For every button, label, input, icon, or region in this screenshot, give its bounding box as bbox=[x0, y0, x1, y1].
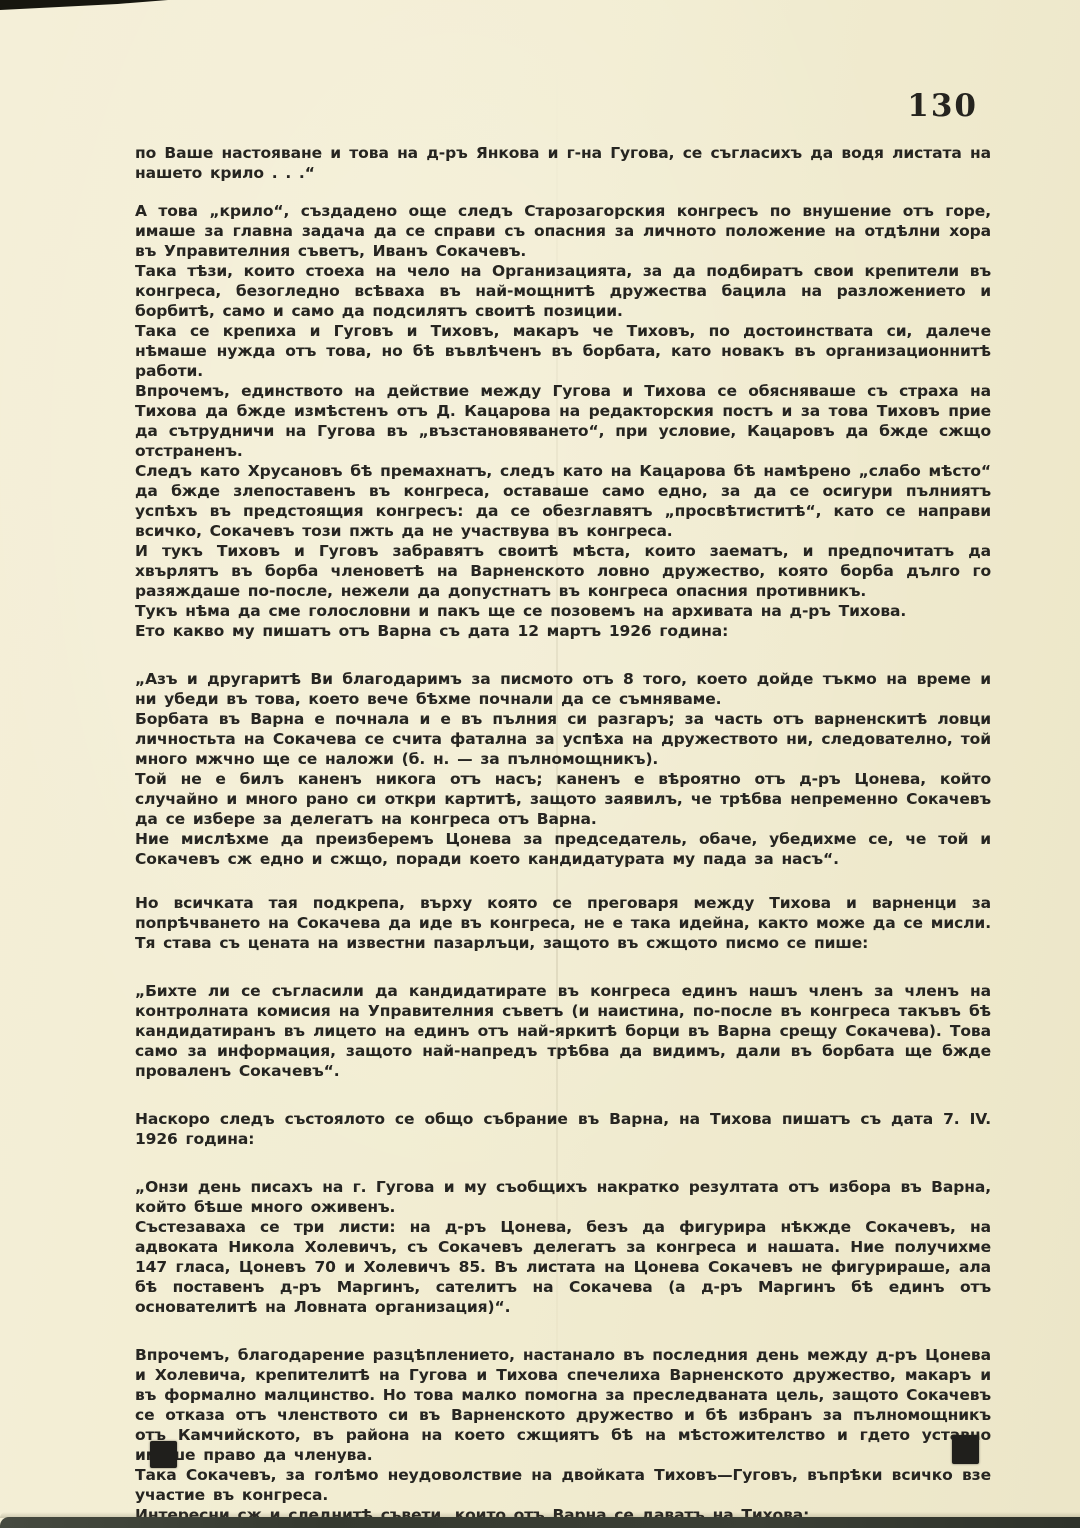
body-paragraph: Така се крепиха и Гуговъ и Тиховъ, макар… bbox=[135, 321, 991, 381]
body-paragraph: Впрочемъ, благодарение разцѣплението, на… bbox=[135, 1345, 991, 1465]
body-paragraph: Впрочемъ, единството на действие между Г… bbox=[135, 381, 991, 461]
body-paragraph: И тукъ Тиховъ и Гуговъ забравятъ своитѣ … bbox=[135, 541, 991, 601]
letter-quote-paragraph: Той не е билъ каненъ никога отъ насъ; ка… bbox=[135, 769, 991, 829]
scanned-book-page: 130 по Ваше настояване и това на д-ръ Ян… bbox=[0, 0, 1080, 1528]
letter-quote-paragraph: Състезаваха се три листи: на д-ръ Цонева… bbox=[135, 1217, 991, 1317]
registration-mark-right bbox=[952, 1435, 979, 1464]
body-paragraph: Ето какво му пишатъ отъ Варна съ дата 12… bbox=[135, 621, 991, 641]
registration-mark-left bbox=[150, 1441, 177, 1468]
scan-bottom-edge bbox=[0, 1517, 1080, 1528]
body-paragraph: Тукъ нѣма да сме голословни и пакъ ще се… bbox=[135, 601, 991, 621]
letter-quote-paragraph: „Бихте ли се съгласили да кандидатирате … bbox=[135, 981, 991, 1081]
body-paragraph: Наскоро следъ състоялото се общо събрани… bbox=[135, 1109, 991, 1149]
letter-quote-paragraph: „Онзи день писахъ на г. Гугова и му съоб… bbox=[135, 1177, 991, 1217]
text-block: по Ваше настояване и това на д-ръ Янкова… bbox=[135, 143, 991, 1525]
opening-quote-continuation: по Ваше настояване и това на д-ръ Янкова… bbox=[135, 143, 991, 183]
letter-quote-paragraph: Ние мислѣхме да преизберемъ Цонева за пр… bbox=[135, 829, 991, 869]
body-paragraph: Но всичката тая подкрепа, върху която се… bbox=[135, 893, 991, 953]
letter-quote-paragraph: Борбата въ Варна е почнала и е въ пълния… bbox=[135, 709, 991, 769]
page-number: 130 bbox=[907, 88, 978, 124]
scan-top-edge-artifact bbox=[0, 0, 168, 10]
body-paragraph: Така тѣзи, които стоеха на чело на Орган… bbox=[135, 261, 991, 321]
body-paragraph: А това „крило“, създадено още следъ Стар… bbox=[135, 201, 991, 261]
letter-quote-paragraph: „Азъ и другаритѣ Ви благодаримъ за писмо… bbox=[135, 669, 991, 709]
body-paragraph: Така Сокачевъ, за голѣмо неудоволствие н… bbox=[135, 1465, 991, 1505]
body-paragraph: Следъ като Хрусановъ бѣ премахнатъ, след… bbox=[135, 461, 991, 541]
